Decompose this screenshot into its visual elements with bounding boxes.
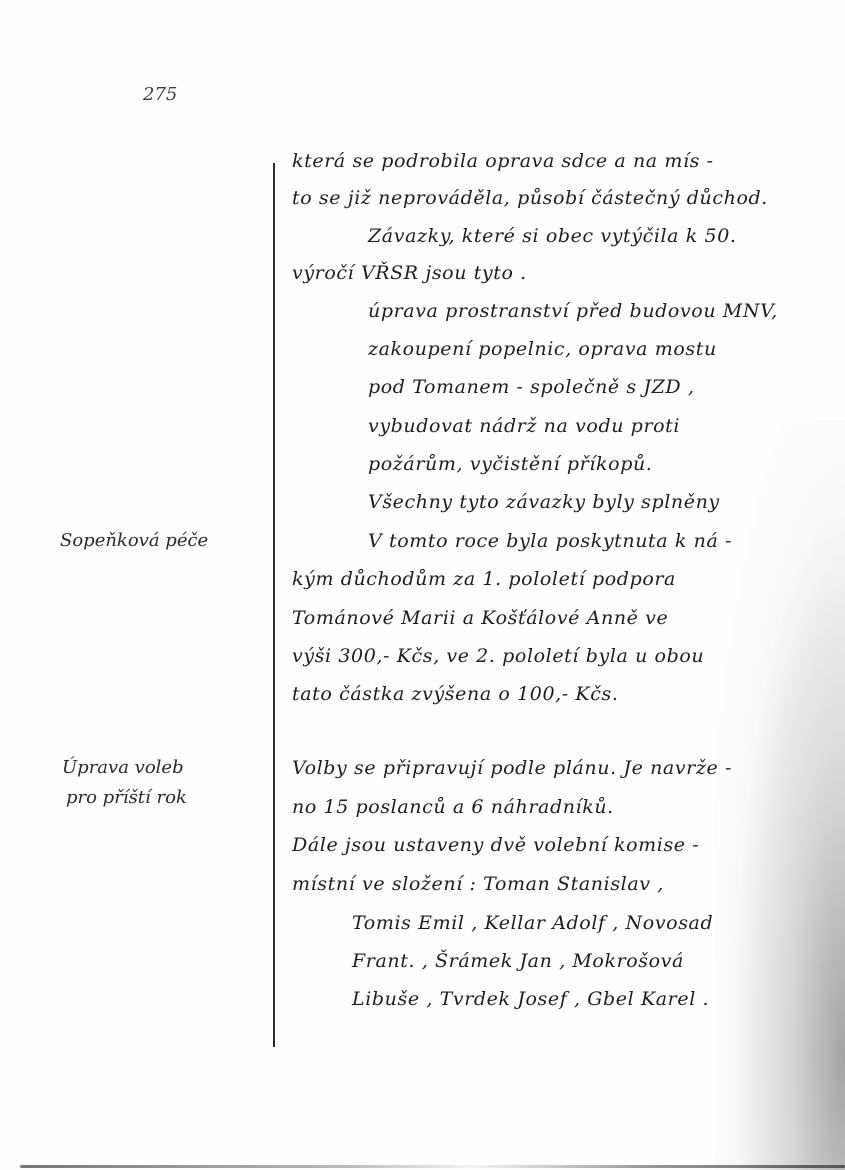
page-number: 275 bbox=[143, 84, 177, 105]
body-line: úprava prostranství před budovou MNV, bbox=[368, 300, 778, 322]
body-line: to se již neprováděla, působí částečný d… bbox=[292, 187, 768, 209]
margin-rule bbox=[273, 163, 275, 1047]
body-line: Volby se připravují podle plánu. Je navr… bbox=[292, 757, 732, 779]
body-line: vybudovat nádrž na vodu proti bbox=[368, 415, 680, 437]
body-line: tato částka zvýšena o 100,- Kčs. bbox=[292, 683, 618, 705]
body-line: kým důchodům za 1. pololetí podpora bbox=[292, 568, 676, 590]
scan-edge-shadow bbox=[715, 420, 845, 1170]
body-line: pod Tomanem - společně s JZD , bbox=[368, 376, 695, 398]
body-line: Všechny tyto závazky byly splněny bbox=[368, 491, 720, 513]
body-line: Dále jsou ustaveny dvě volební komise - bbox=[292, 834, 699, 856]
body-line: zakoupení popelnic, oprava mostu bbox=[368, 338, 717, 360]
body-line: Frant. , Šrámek Jan , Mokrošová bbox=[352, 950, 684, 972]
margin-note-elections-line1: Úprava voleb bbox=[62, 757, 184, 778]
scan-bottom-edge bbox=[20, 1165, 845, 1168]
margin-note-elections-line2: pro příští rok bbox=[66, 787, 187, 808]
body-line: místní ve složení : Toman Stanislav , bbox=[292, 873, 664, 895]
body-line: výročí VŘSR jsou tyto . bbox=[292, 262, 527, 284]
body-line: no 15 poslanců a 6 náhradníků. bbox=[292, 796, 614, 818]
body-line: výši 300,- Kčs, ve 2. pololetí byla u ob… bbox=[292, 645, 704, 667]
body-line: požárům, vyčistění příkopů. bbox=[368, 453, 652, 475]
body-line: V tomto roce byla poskytnuta k ná - bbox=[368, 530, 732, 552]
body-line: Libuše , Tvrdek Josef , Gbel Karel . bbox=[352, 988, 709, 1010]
body-line: Tománové Marii a Košťálové Anně ve bbox=[292, 607, 668, 629]
body-line: Závazky, které si obec vytýčila k 50. bbox=[368, 225, 737, 247]
margin-note-social-care: Sopeňková péče bbox=[60, 530, 208, 551]
body-line: která se podrobila oprava sdce a na mís … bbox=[292, 150, 714, 172]
body-line: Tomis Emil , Kellar Adolf , Novosad bbox=[352, 912, 713, 934]
scanned-page: 275 Sopeňková péče Úprava voleb pro příš… bbox=[0, 0, 845, 1170]
